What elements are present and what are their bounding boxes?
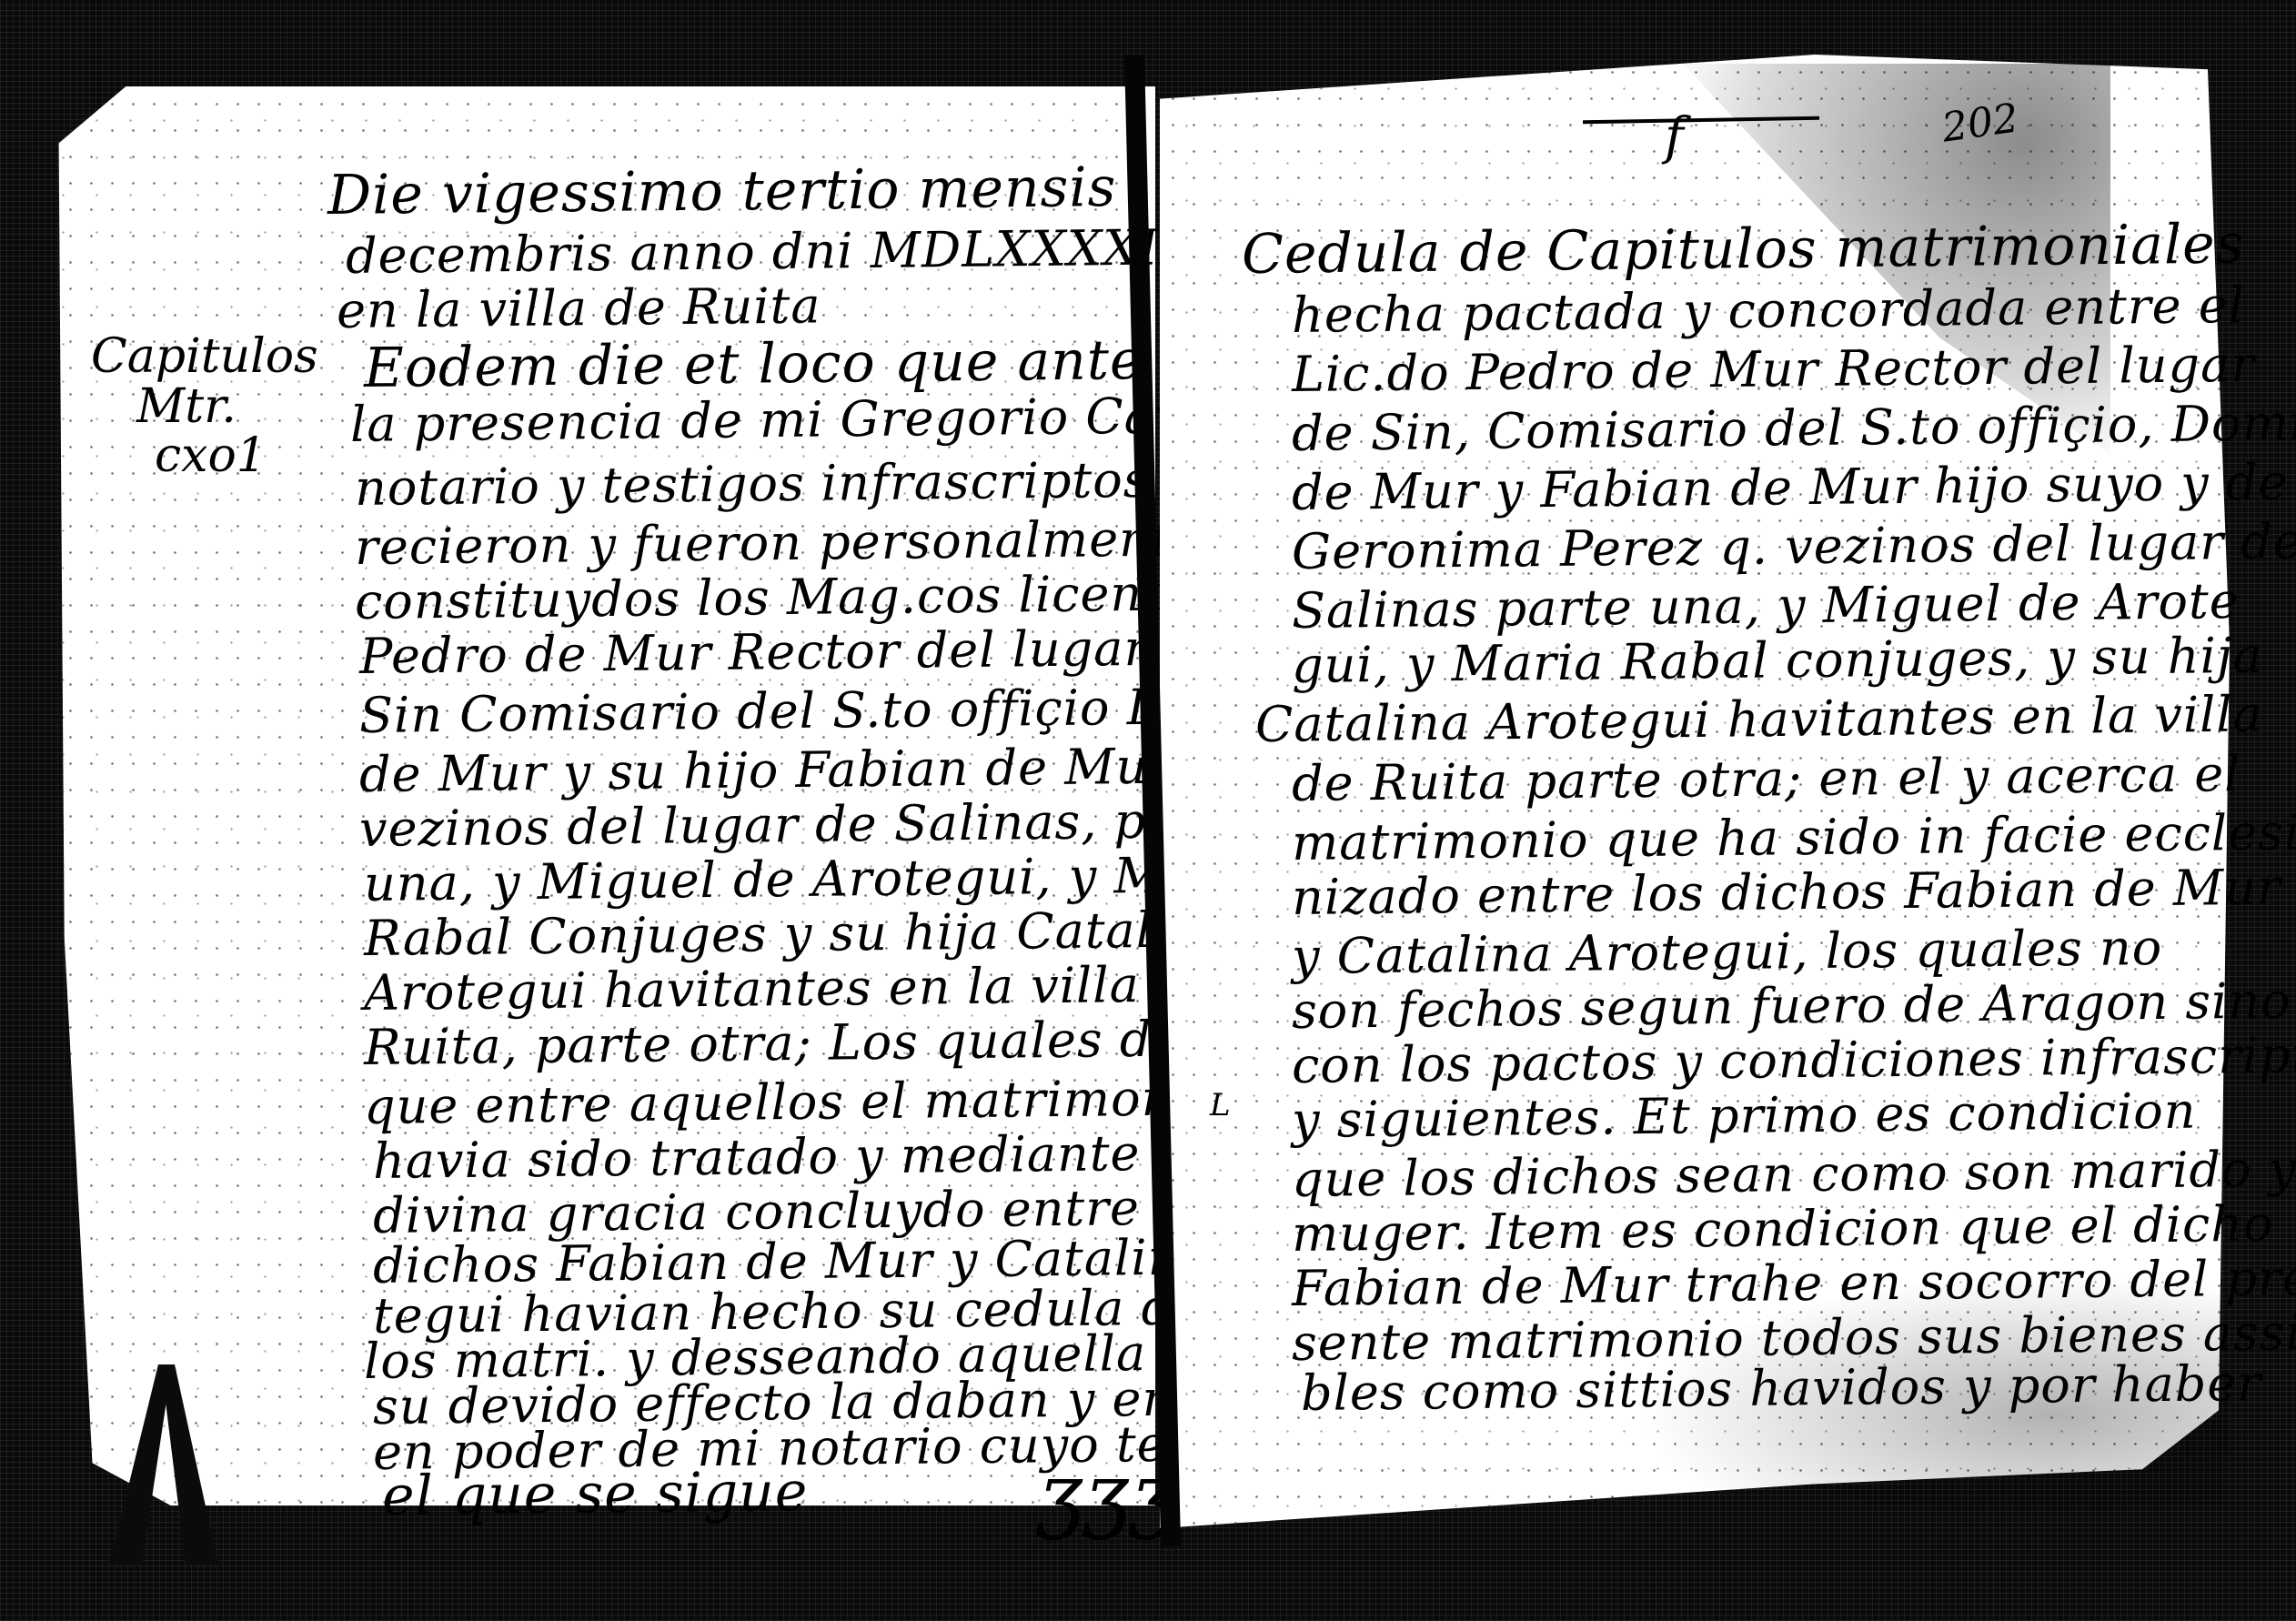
text-line: decembris anno dni MDLXXXXIIJ xyxy=(346,223,1201,281)
text-line: Cedula de Capitulos matrimoniales xyxy=(1242,216,2245,282)
text-line: de Sin, Comisario del S.to offiçio, Domi… xyxy=(1292,398,2296,458)
text-line: Salinas parte una, y Miguel de Arote xyxy=(1292,577,2240,636)
text-line: Die vigessimo tertio mensis xyxy=(327,160,1117,223)
text-line: Rabal Conjuges y su hija Catalina xyxy=(364,905,1233,963)
text-line: havia sido tratado y mediante la xyxy=(373,1128,1204,1186)
margin-mark: L xyxy=(1210,1087,1231,1123)
text-line: el que se sigue xyxy=(382,1465,809,1524)
margin-note-line: Capitulos xyxy=(91,332,318,382)
text-line: y Catalina Arotegui, los quales no xyxy=(1292,923,2163,982)
text-line: de Ruita parte otra; en el y acerca el xyxy=(1292,750,2241,809)
text-line: hecha pactada y concordada entre el xyxy=(1292,281,2246,340)
header-mark: f xyxy=(1665,107,1684,166)
end-flourish: ʒʒʒ xyxy=(1037,1446,1175,1542)
text-line: Pedro de Mur Rector del lugar de xyxy=(359,623,1227,681)
text-line: nizado entre los dichos Fabian de Mur xyxy=(1292,863,2281,922)
text-line: Catalina Arotegui havitantes en la villa xyxy=(1255,690,2263,750)
text-line: notario y testigos infrascriptos pa xyxy=(355,455,1229,513)
text-line: de Mur y Fabian de Mur hijo suyo y de xyxy=(1292,458,2289,518)
text-line: bles como sittios havidos y por haber xyxy=(1301,1359,2262,1418)
text-line: que los dichos sean como son marido y xyxy=(1292,1144,2296,1204)
text-line: en la villa de Ruita xyxy=(337,281,821,336)
margin-note-line: cxo1 xyxy=(155,431,318,481)
text-line: gui, y Maria Rabal conjuges, y su hija xyxy=(1292,631,2263,690)
text-line: son fechos segun fuero de Aragon sino xyxy=(1292,976,2291,1036)
text-line: de Mur y su hijo Fabian de Mur xyxy=(359,742,1173,800)
text-line: Eodem die et loco que ante xyxy=(364,333,1143,396)
text-line: Lic.do Pedro de Mur Rector del lugar xyxy=(1292,340,2256,399)
text-line: Fabian de Mur trahe en socorro del pre xyxy=(1292,1254,2296,1314)
margin-note-line: Mtr. xyxy=(136,382,318,432)
text-line: Arotegui havitantes en la villa de xyxy=(364,960,1219,1018)
text-line: recieron y fueron personalmente xyxy=(355,514,1203,572)
text-line: con los pactos y condiciones infrascript… xyxy=(1292,1031,2296,1091)
text-line: y siguientes. Et primo es condicion xyxy=(1292,1087,2197,1145)
text-line: matrimonio que ha sido in facie ecclesie… xyxy=(1292,807,2296,868)
text-line: vezinos del lugar de Salinas, parte xyxy=(359,796,1252,854)
text-line: muger. Item es condicion que el dicho xyxy=(1292,1200,2274,1259)
margin-note: Capitulos Mtr. cxo1 xyxy=(91,332,318,481)
text-line: una, y Miguel de Arotegui, y Maria xyxy=(364,851,1267,909)
text-line: Geronima Perez q. vezinos del lugar de xyxy=(1292,517,2296,577)
